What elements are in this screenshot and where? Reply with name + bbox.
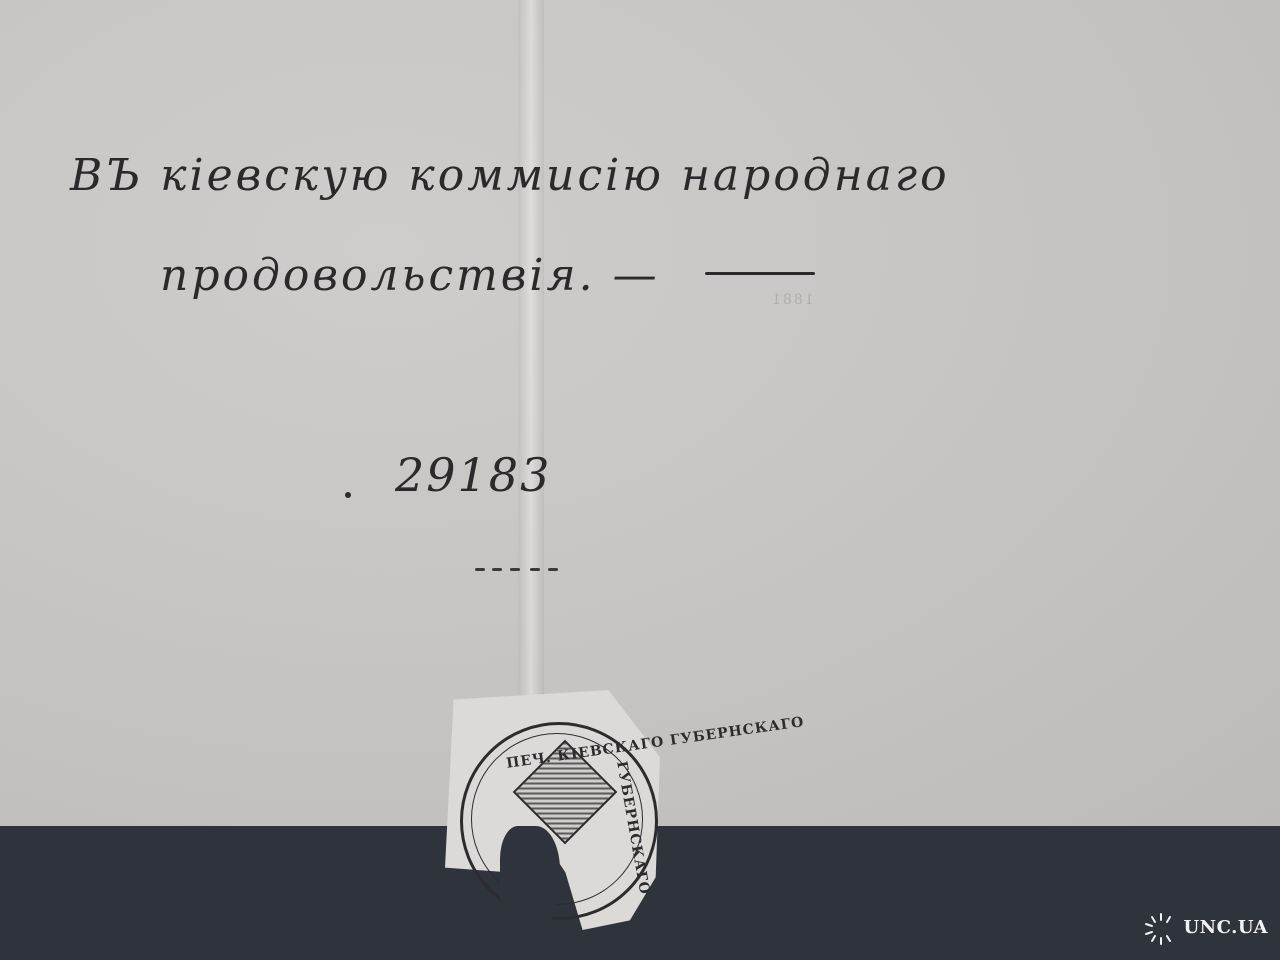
perforation-mark: [548, 568, 558, 571]
torn-hole: [500, 826, 560, 936]
handwritten-line-1: ВЪ кіевскую коммисію народнаго: [70, 150, 950, 201]
handwritten-line-2: продовольствія. —: [160, 250, 660, 301]
perforation-mark: [492, 568, 502, 571]
bleed-through-text: 1881: [770, 292, 814, 308]
perforation-mark: [530, 568, 540, 571]
perforation-mark: [510, 568, 520, 571]
handwritten-dash: [705, 272, 815, 275]
watermark-label: UNC.UA: [1183, 917, 1268, 938]
ink-dot: [345, 492, 351, 498]
document-paper: [0, 0, 1280, 826]
sunburst-logo-icon: [1144, 912, 1178, 946]
perforation-mark: [475, 568, 485, 571]
document-number: 29183: [395, 448, 551, 502]
